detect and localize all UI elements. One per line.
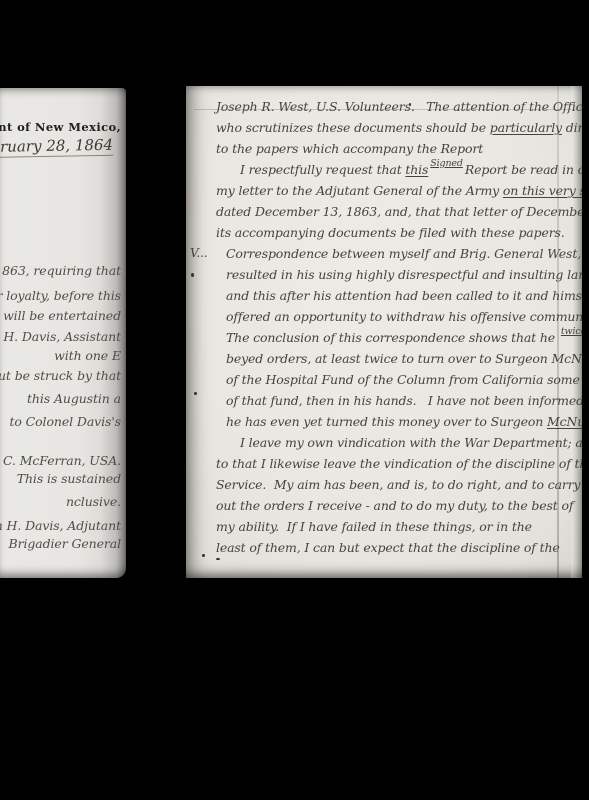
manuscript-line: my letter to the Adjutant General of the… bbox=[216, 180, 578, 201]
manuscript-line: Joseph R. West, U.S. Volunteers. The att… bbox=[216, 96, 578, 117]
manuscript-line: but be struck by that bbox=[0, 368, 121, 383]
main-page: Joseph R. West, U.S. Volunteers. The att… bbox=[186, 86, 582, 578]
manuscript-line: Service. My aim has been, and is, to do … bbox=[216, 474, 578, 495]
ink-speck bbox=[194, 392, 197, 395]
manuscript-line: Nelson H. Davis, Assistant bbox=[0, 329, 121, 344]
manuscript-line: The conclusion of this correspondence sh… bbox=[216, 327, 578, 348]
manuscript-line: I respectfully request that thisSignedRe… bbox=[216, 159, 578, 180]
manuscript-line: with one E bbox=[54, 348, 121, 363]
ink-speck bbox=[191, 273, 194, 277]
manuscript-line: resulted in his using highly disrespectf… bbox=[216, 264, 578, 285]
manuscript-line: he has even yet turned this money over t… bbox=[216, 411, 578, 432]
manuscript-line: Brigadier General bbox=[8, 536, 121, 551]
manuscript-line: of the Hospital Fund of the Column from … bbox=[216, 369, 578, 390]
manuscript-body: Joseph R. West, U.S. Volunteers. The att… bbox=[216, 96, 578, 558]
manuscript-line: 1863, requiring that bbox=[0, 263, 121, 278]
margin-numeral: V... bbox=[190, 243, 207, 264]
ink-speck bbox=[216, 558, 220, 560]
letterhead-date: February 28, 1864 bbox=[0, 136, 113, 158]
inserted-word: twice bbox=[561, 321, 582, 342]
manuscript-line: of their loyalty, before this bbox=[0, 288, 121, 303]
manuscript-line: V...Correspondence between myself and Br… bbox=[216, 243, 578, 264]
manuscript-line: ment will be entertained bbox=[0, 308, 121, 323]
manuscript-line: to Colonel Davis's bbox=[9, 414, 121, 429]
manuscript-line: nclusive. bbox=[66, 494, 121, 509]
manuscript-line: lson H. Davis, Adjutant bbox=[0, 518, 121, 533]
manuscript-line: who scrutinizes these documents should b… bbox=[216, 117, 578, 138]
manuscript-line: This is sustained bbox=[17, 471, 121, 486]
manuscript-line: its accompanying documents be filed with… bbox=[216, 222, 578, 243]
manuscript-line: my ability. If I have failed in these th… bbox=[216, 516, 578, 537]
manuscript-line: to the papers which accompany the Report bbox=[216, 138, 578, 159]
manuscript-line: out the orders I receive - and to do my … bbox=[216, 495, 578, 516]
manuscript-line: of that fund, then in his hands. I have … bbox=[216, 390, 578, 411]
manuscript-line: this Augustin a bbox=[27, 391, 121, 406]
manuscript-line: I leave my own vindication with the War … bbox=[216, 432, 578, 453]
manuscript-line: beyed orders, at least twice to turn ove… bbox=[216, 348, 578, 369]
manuscript-line: dated December 13, 1863, and, that that … bbox=[216, 201, 578, 222]
document-photo: tment of New Mexico, February 28, 1864 1… bbox=[0, 0, 589, 800]
manuscript-line: offered an opportunity to withdraw his o… bbox=[216, 306, 578, 327]
manuscript-line: least of them, I can but expect that the… bbox=[216, 537, 578, 558]
left-page-fragment: tment of New Mexico, February 28, 1864 1… bbox=[0, 88, 126, 578]
manuscript-line: and this after his attention had been ca… bbox=[216, 285, 578, 306]
manuscript-line: to that I likewise leave the vindication… bbox=[216, 453, 578, 474]
letterhead-printed-text: tment of New Mexico, bbox=[0, 120, 121, 134]
inserted-word: Signed bbox=[430, 153, 463, 174]
ink-speck bbox=[202, 554, 205, 557]
manuscript-line: m C. McFerran, USA. bbox=[0, 453, 121, 468]
